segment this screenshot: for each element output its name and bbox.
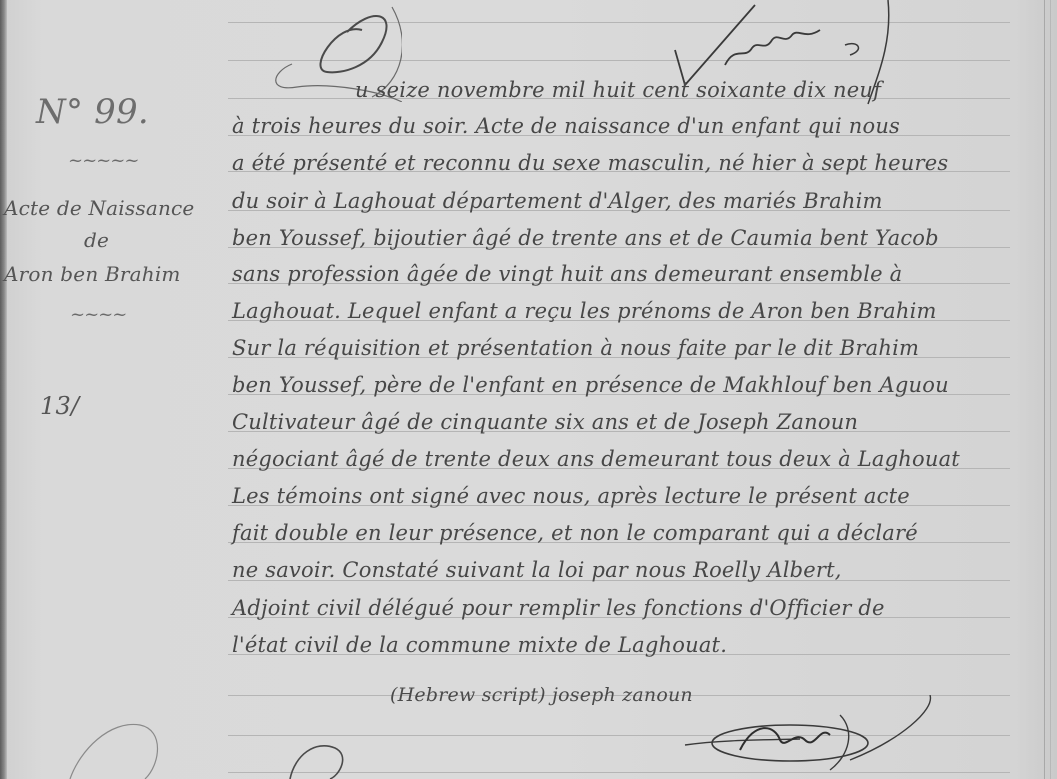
body-line-4: du soir à Laghouat département d'Alger, … [232,189,883,213]
body-line-10: Cultivateur âgé de cinquante six ans et … [232,410,858,434]
body-line-5: ben Youssef, bijoutier âgé de trente ans… [232,226,939,250]
margin-flourish: ~~~~ [70,304,126,325]
body-line-2: à trois heures du soir. Acte de naissanc… [232,114,900,138]
body-line-14: ne savoir. Constaté suivant la loi par n… [232,558,842,582]
body-line-6: sans profession âgée de vingt huit ans d… [232,262,902,286]
next-record-drop-cap-icon [280,740,360,779]
margin-title-line-1: Acte de Naissance [4,196,194,220]
body-line-1: u seize novembre mil huit cent soixante … [355,78,881,102]
body-line-12: Les témoins ont signé avec nous, après l… [232,484,910,508]
body-line-16: l'état civil de la commune mixte de Lagh… [232,633,727,657]
margin-reference-mark: 13/ [40,392,79,420]
witness-signature: (Hebrew script) joseph zanoun [390,684,693,706]
next-record-flourish-icon [60,710,180,779]
body-line-15: Adjoint civil délégué pour remplir les f… [232,596,885,620]
right-margin-rule-outer [1050,0,1051,779]
body-line-8: Sur la réquisition et présentation à nou… [232,336,919,360]
body-line-11: négociant âgé de trente deux ans demeura… [232,447,960,471]
margin-column: N° 99. ~~~~~ Acte de Naissance de Aron b… [0,0,220,779]
right-margin-rule [1044,0,1045,779]
officer-signature-icon [680,695,940,775]
margin-flourish: ~~~~~ [68,150,138,171]
margin-title-line-3: Aron ben Brahim [4,262,181,286]
body-line-7: Laghouat. Lequel enfant a reçu les préno… [232,299,937,323]
body-line-13: fait double en leur présence, et non le … [232,521,918,545]
document-page: N° 99. ~~~~~ Acte de Naissance de Aron b… [0,0,1057,779]
margin-title-line-2: de [84,228,109,252]
record-number: N° 99. [36,92,149,132]
body-line-9: ben Youssef, père de l'enfant en présenc… [232,373,949,397]
body-line-3: a été présenté et reconnu du sexe mascul… [232,151,948,175]
